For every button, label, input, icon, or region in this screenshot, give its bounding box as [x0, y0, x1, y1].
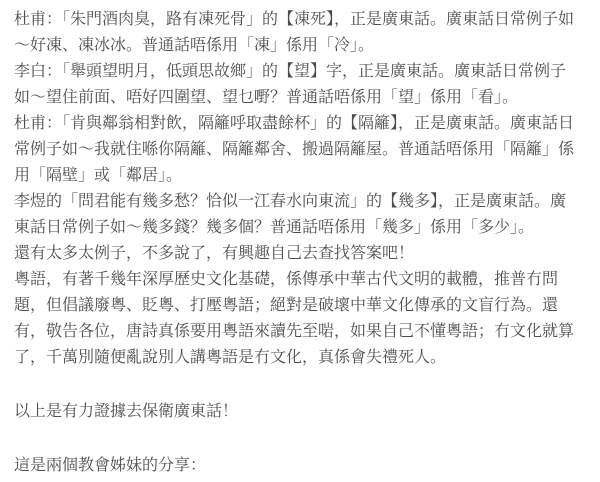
paragraph-conclusion: 以上是有力證據去保衛廣東話！: [14, 398, 580, 424]
paragraph-geido: 李煜的「問君能有幾多愁？恰似一江春水向東流」的【幾多】，正是廣東話。廣東話日常例…: [14, 188, 580, 240]
page: 杜甫：「朱門酒肉臭，路有凍死骨」的【凍死】，正是廣東話。廣東話日常例子如～好凍、…: [0, 0, 600, 482]
paragraph-mong: 李白：「舉頭望明月，低頭思故鄉」的【望】字，正是廣東話。廣東話日常例子如～望住前…: [14, 58, 580, 110]
paragraph-more-examples: 還有太多太例子，不多說了，有興趣自己去查找答案吧！: [14, 240, 580, 266]
paragraph-sharing-intro: 這是兩個教會姊妹的分享：: [14, 452, 580, 478]
paragraph-cantonese-heritage: 粵語，有著千幾年深厚歷史文化基礎，係傳承中華古代文明的載體，推普冇問題，但倡議廢…: [14, 266, 580, 370]
paragraph-dongsi: 杜甫：「朱門酒肉臭，路有凍死骨」的【凍死】，正是廣東話。廣東話日常例子如～好凍、…: [14, 6, 580, 58]
article-body: 杜甫：「朱門酒肉臭，路有凍死骨」的【凍死】，正是廣東話。廣東話日常例子如～好凍、…: [0, 0, 600, 478]
paragraph-gaakei: 杜甫：「肯與鄰翁相對飲，隔籬呼取盡餘杯」的【隔籬】，正是廣東話。廣東話日常例子如…: [14, 110, 580, 188]
